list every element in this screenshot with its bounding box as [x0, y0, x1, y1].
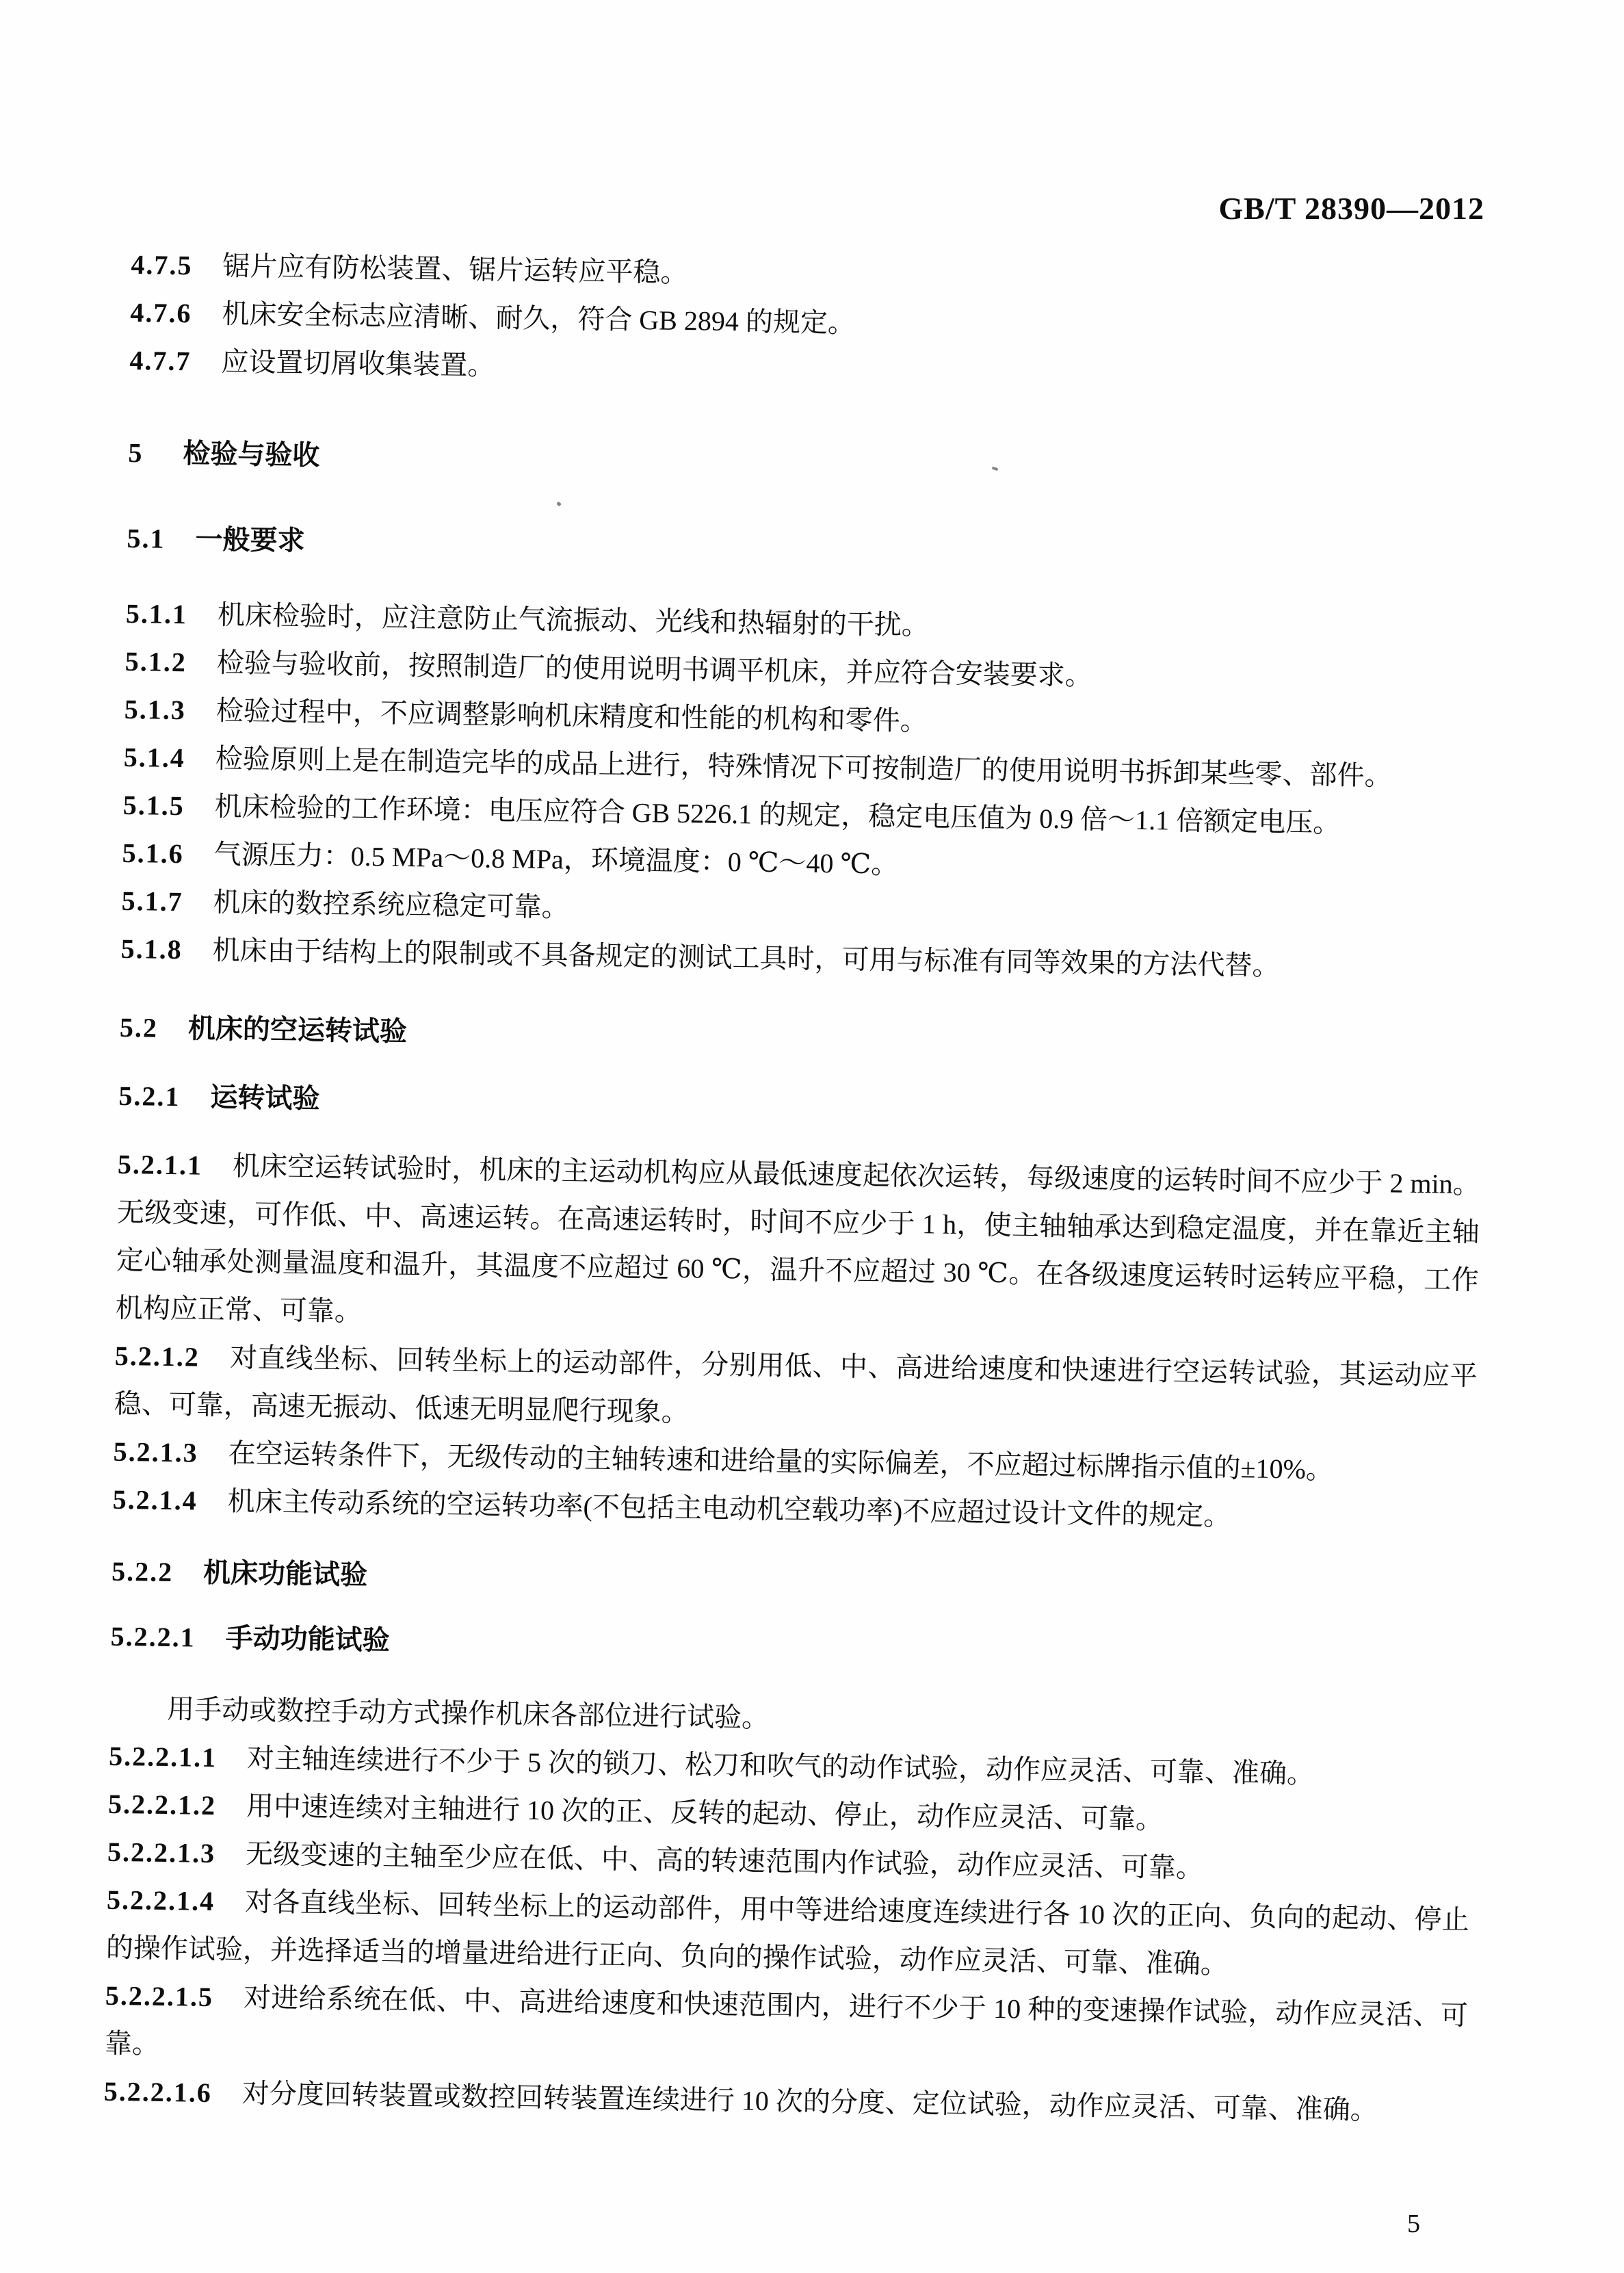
clause-text: 机床安全标志应清晰、耐久，符合 GB 2894 的规定。 [222, 298, 855, 339]
standard-number: GB/T 28390—2012 [1218, 191, 1484, 226]
clause-text: 检验与验收前，按照制造厂的使用说明书调平机床，并应符合安装要求。 [217, 647, 1093, 691]
clause-text: 锯片应有防松装置、锯片运转应平稳。 [222, 250, 688, 288]
clause-text: 对直线坐标、回转坐标上的运动部件，分别用低、中、高进给速度和快速进行空运转试验，… [114, 1342, 1477, 1427]
heading-number: 5.2 [120, 1012, 159, 1043]
clause-number: 5.1.1 [126, 598, 188, 629]
clause-5.2.1.1: 5.2.1.1机床空运转试验时，机床的主运动机构应从最低速度起依次运转，每级速度… [115, 1141, 1480, 1353]
clause-number: 4.7.6 [130, 297, 192, 328]
clause-number: 5.2.1.2 [114, 1340, 200, 1373]
heading-text: 机床功能试验 [203, 1557, 368, 1591]
clause-text: 机床检验的工作环境：电压应符合 GB 5226.1 的规定，稳定电压值为 0.9… [214, 791, 1340, 838]
clause-number: 4.7.5 [131, 249, 193, 281]
heading-text: 机床的空运转试验 [188, 1013, 408, 1047]
clause-number: 5.1.5 [122, 790, 185, 821]
clause-number: 5.2.1.1 [118, 1149, 203, 1181]
clause-text: 机床由于结构上的限制或不具备规定的测试工具时，可用与标准有同等效果的方法代替。 [212, 935, 1279, 981]
subsection-heading-5.2.1: 5.2.1运转试验 [118, 1072, 1482, 1141]
chapter-heading-5: 5检验与验收 [128, 429, 1491, 497]
document-body: 4.7.5锯片应有防松装置、锯片运转应平稳。 4.7.6机床安全标志应清晰、耐久… [103, 241, 1493, 2135]
clause-number: 5.2.2.1.5 [105, 1980, 214, 2012]
clause-text: 检验原则上是在制造完毕的成品上进行，特殊情况下可按制造厂的使用说明书拆卸某些零、… [215, 743, 1391, 792]
heading-number: 5.1 [127, 523, 166, 554]
clause-number: 5.1.6 [122, 837, 184, 869]
clause-text: 检验过程中，不应调整影响机床精度和性能的机构和零件。 [215, 695, 928, 736]
heading-number: 5.2.2 [112, 1556, 174, 1587]
clause-number: 5.2.2.1.6 [104, 2076, 213, 2108]
clause-text: 机床空运转试验时，机床的主运动机构应从最低速度起依次运转，每级速度的运转时间不应… [116, 1150, 1481, 1327]
clause-number: 5.1.2 [125, 646, 187, 677]
heading-text: 一般要求 [195, 523, 305, 556]
clause-text: 机床检验时，应注意防止气流振动、光线和热辐射的干扰。 [218, 599, 930, 640]
clause-number: 5.2.1.3 [113, 1436, 198, 1468]
page-number: 5 [1407, 2209, 1420, 2238]
clause-number: 5.2.2.1.4 [107, 1884, 215, 1917]
page-header: GB/T 28390—2012 [0, 190, 1484, 226]
clause-text: 对进给系统在低、中、高进给速度和快速范围内，进行不少于 10 种的变速操作试验，… [105, 1982, 1468, 2060]
clause-number: 4.7.7 [129, 345, 192, 376]
section-heading-5.2: 5.2机床的空运转试验 [119, 1004, 1482, 1072]
clause-number: 5.2.2.1.3 [107, 1836, 216, 1869]
paragraph-text: 用手动或数控手动方式操作机床各部位进行试验。 [167, 1693, 770, 1733]
heading-text: 手动功能试验 [225, 1622, 390, 1656]
heading-number: 5.2.1 [118, 1080, 181, 1112]
clause-number: 5.1.3 [125, 694, 187, 725]
clause-text: 机床的数控系统应稳定可靠。 [213, 887, 569, 923]
clause-number: 5.1.4 [123, 742, 185, 773]
clause-text: 机床主传动系统的空运转功率(不包括主电动机空载功率)不应超过设计文件的规定。 [227, 1485, 1231, 1531]
clause-text: 无级变速的主轴至少应在低、中、高的转速范围内作试验，动作应灵活、可靠。 [246, 1839, 1204, 1884]
clause-text: 对分度回转装置或数控回转装置连续进行 10 次的分度、定位试验，动作应灵活、可靠… [242, 2078, 1378, 2126]
subsection-heading-5.2.2: 5.2.2机床功能试验 [112, 1548, 1475, 1616]
heading-text: 运转试验 [210, 1082, 320, 1114]
clause-text: 对主轴连续进行不少于 5 次的锁刀、松刀和吹气的动作试验，动作应灵活、可靠、准确… [247, 1743, 1314, 1789]
clause-number: 5.1.8 [120, 933, 183, 965]
clause-number: 5.2.1.4 [112, 1484, 198, 1516]
heading-number: 5 [128, 437, 144, 468]
document-page: GB/T 28390—2012 4.7.5锯片应有防松装置、锯片运转应平稳。 4… [0, 0, 1624, 2273]
clause-number: 5.2.2.1.2 [108, 1789, 217, 1821]
heading-text: 检验与验收 [183, 438, 320, 471]
clause-text: 用中速连续对主轴进行 10 次的正、反转的起动、停止，动作应灵活、可靠。 [246, 1791, 1164, 1835]
clause-text: 在空运转条件下，无级传动的主轴转速和进给量的实际偏差，不应超过标牌指示值的±10… [228, 1438, 1333, 1485]
clause-number: 5.2.2.1.1 [109, 1741, 218, 1773]
clause-text: 对各直线坐标、回转坐标上的运动部件，用中等进给速度连续进行各 10 次的正向、负… [106, 1886, 1469, 1979]
page-footer: 5 [1407, 2209, 1420, 2239]
clause-text: 气源压力：0.5 MPa～0.8 MPa，环境温度：0 ℃～40 ℃。 [213, 839, 898, 880]
clause-text: 应设置切屑收集装置。 [221, 346, 495, 381]
clause-number: 5.1.7 [121, 885, 183, 917]
heading-number: 5.2.2.1 [110, 1621, 196, 1653]
section-heading-5.1: 5.1一般要求 [127, 515, 1490, 583]
subsubsection-heading-5.2.2.1: 5.2.2.1手动功能试验 [110, 1613, 1474, 1681]
